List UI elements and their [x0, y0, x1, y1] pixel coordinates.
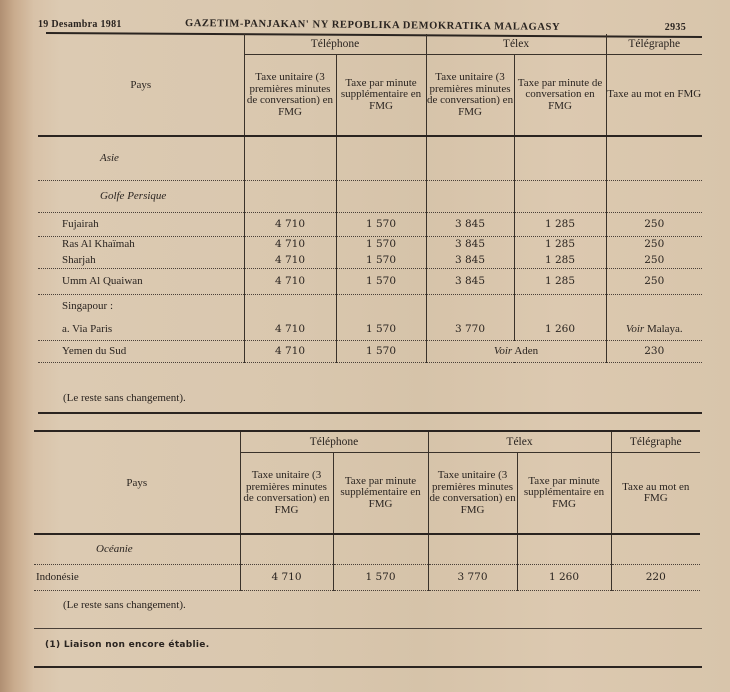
tel-minute-value: 1 570	[336, 236, 426, 252]
page-number: 2935	[665, 22, 686, 33]
tel-minute-value: 1 570	[336, 212, 426, 236]
telegraphe-value: 250	[606, 268, 702, 294]
document-page: 19 Desambra 1981 GAZETIM-PANJAKAN' NY RE…	[0, 0, 730, 692]
telex-minute-value: 1 285	[514, 212, 606, 236]
tel-unit-value: 4 710	[244, 340, 336, 362]
table-row: Singapour :	[38, 294, 702, 318]
rates-table-oceania: Pays Téléphone Télex Télégraphe Taxe uni…	[34, 430, 700, 591]
col-group-telegraphe: Télégraphe	[611, 431, 700, 453]
country-name: a. Via Paris	[38, 318, 244, 340]
country-name: Fujairah	[38, 212, 244, 236]
region-label: Océanie	[34, 534, 240, 564]
col-group-telex: Télex	[428, 431, 611, 453]
gazette-title: GAZETIM-PANJAKAN' NY REPOBLIKA DEMOKRATI…	[185, 18, 560, 33]
telex-unit-value: 3 845	[426, 268, 514, 294]
telex-minute-value: 1 260	[517, 564, 611, 590]
table-row: Fujairah 4 710 1 570 3 845 1 285 250	[38, 212, 702, 236]
col-header-pays: Pays	[38, 34, 244, 136]
footnote-rule	[34, 628, 702, 629]
tel-unit-value: 4 710	[240, 564, 333, 590]
col-header-tel-unit: Taxe unitaire (3 premières minutes de co…	[244, 55, 336, 137]
col-header-telex-unit: Taxe unitaire (3 premières minutes de co…	[428, 453, 517, 535]
col-header-telex-unit: Taxe unitaire (3 premières minutes de co…	[426, 55, 514, 137]
section-rule	[38, 412, 702, 414]
telex-reference: Voir Aden	[426, 340, 606, 362]
col-group-telegraphe: Télégraphe	[606, 34, 702, 55]
col-header-telex-minute: Taxe par minute supplémentaire en FMG	[517, 453, 611, 535]
telegraphe-value: 250	[606, 212, 702, 236]
country-name: Indonésie	[34, 564, 240, 590]
tel-minute-value: 1 570	[336, 252, 426, 268]
telex-unit-value: 3 770	[428, 564, 517, 590]
country-name: Sharjah	[38, 252, 244, 268]
footnote: (1) Liaison non encore établie.	[45, 640, 209, 650]
tel-unit-value: 4 710	[244, 318, 336, 340]
table2-note: (Le reste sans changement).	[63, 599, 186, 611]
col-header-telegraphe-mot: Taxe au mot en FMG	[611, 453, 700, 535]
tel-unit-value: 4 710	[244, 236, 336, 252]
issue-date: 19 Desambra 1981	[38, 19, 122, 30]
telegraphe-value: 250	[606, 252, 702, 268]
tel-minute-value: 1 570	[333, 564, 428, 590]
col-header-tel-minute: Taxe par minute supplémentaire en FMG	[333, 453, 428, 535]
rates-table-asia: Pays Téléphone Télex Télégraphe Taxe uni…	[38, 34, 702, 363]
table-row: Yemen du Sud 4 710 1 570 Voir Aden 230	[38, 340, 702, 362]
subregion-label: Golfe Persique	[38, 180, 244, 212]
running-head: 19 Desambra 1981 GAZETIM-PANJAKAN' NY RE…	[38, 14, 686, 32]
col-group-telephone: Téléphone	[240, 431, 428, 453]
bottom-rule	[34, 666, 702, 668]
col-header-telegraphe-mot: Taxe au mot en FMG	[606, 55, 702, 137]
tel-unit-value: 4 710	[244, 252, 336, 268]
telegraphe-value: 250	[606, 236, 702, 252]
tel-unit-value: 4 710	[244, 268, 336, 294]
telex-unit-value: 3 845	[426, 252, 514, 268]
col-header-telex-minute: Taxe par minute de conversation en FMG	[514, 55, 606, 137]
telegraphe-value: Voir Malaya.	[606, 318, 702, 340]
col-group-telephone: Téléphone	[244, 34, 426, 55]
col-header-tel-unit: Taxe unitaire (3 premières minutes de co…	[240, 453, 333, 535]
tel-minute-value: 1 570	[336, 340, 426, 362]
region-label: Asie	[38, 136, 244, 180]
country-name: Ras Al Khaïmah	[38, 236, 244, 252]
country-name: Yemen du Sud	[38, 340, 244, 362]
tel-unit-value: 4 710	[244, 212, 336, 236]
table-row: Sharjah 4 710 1 570 3 845 1 285 250	[38, 252, 702, 268]
telegraphe-value: 230	[606, 340, 702, 362]
col-header-pays: Pays	[34, 431, 240, 534]
table-row: Umm Al Quaiwan 4 710 1 570 3 845 1 285 2…	[38, 268, 702, 294]
telex-minute-value: 1 260	[514, 318, 606, 340]
telex-minute-value: 1 285	[514, 252, 606, 268]
telex-unit-value: 3 845	[426, 212, 514, 236]
telex-minute-value: 1 285	[514, 268, 606, 294]
table-row: Indonésie 4 710 1 570 3 770 1 260 220	[34, 564, 700, 590]
tel-minute-value: 1 570	[336, 318, 426, 340]
telegraphe-value: 220	[611, 564, 700, 590]
tel-minute-value: 1 570	[336, 268, 426, 294]
telex-unit-value: 3 845	[426, 236, 514, 252]
telex-minute-value: 1 285	[514, 236, 606, 252]
country-name: Singapour :	[38, 294, 244, 318]
telex-unit-value: 3 770	[426, 318, 514, 340]
table-row: a. Via Paris 4 710 1 570 3 770 1 260 Voi…	[38, 318, 702, 340]
col-header-tel-minute: Taxe par minute supplémentaire en FMG	[336, 55, 426, 137]
table-row: Ras Al Khaïmah 4 710 1 570 3 845 1 285 2…	[38, 236, 702, 252]
table1-note: (Le reste sans changement).	[63, 392, 186, 404]
col-group-telex: Télex	[426, 34, 606, 55]
country-name: Umm Al Quaiwan	[38, 268, 244, 294]
